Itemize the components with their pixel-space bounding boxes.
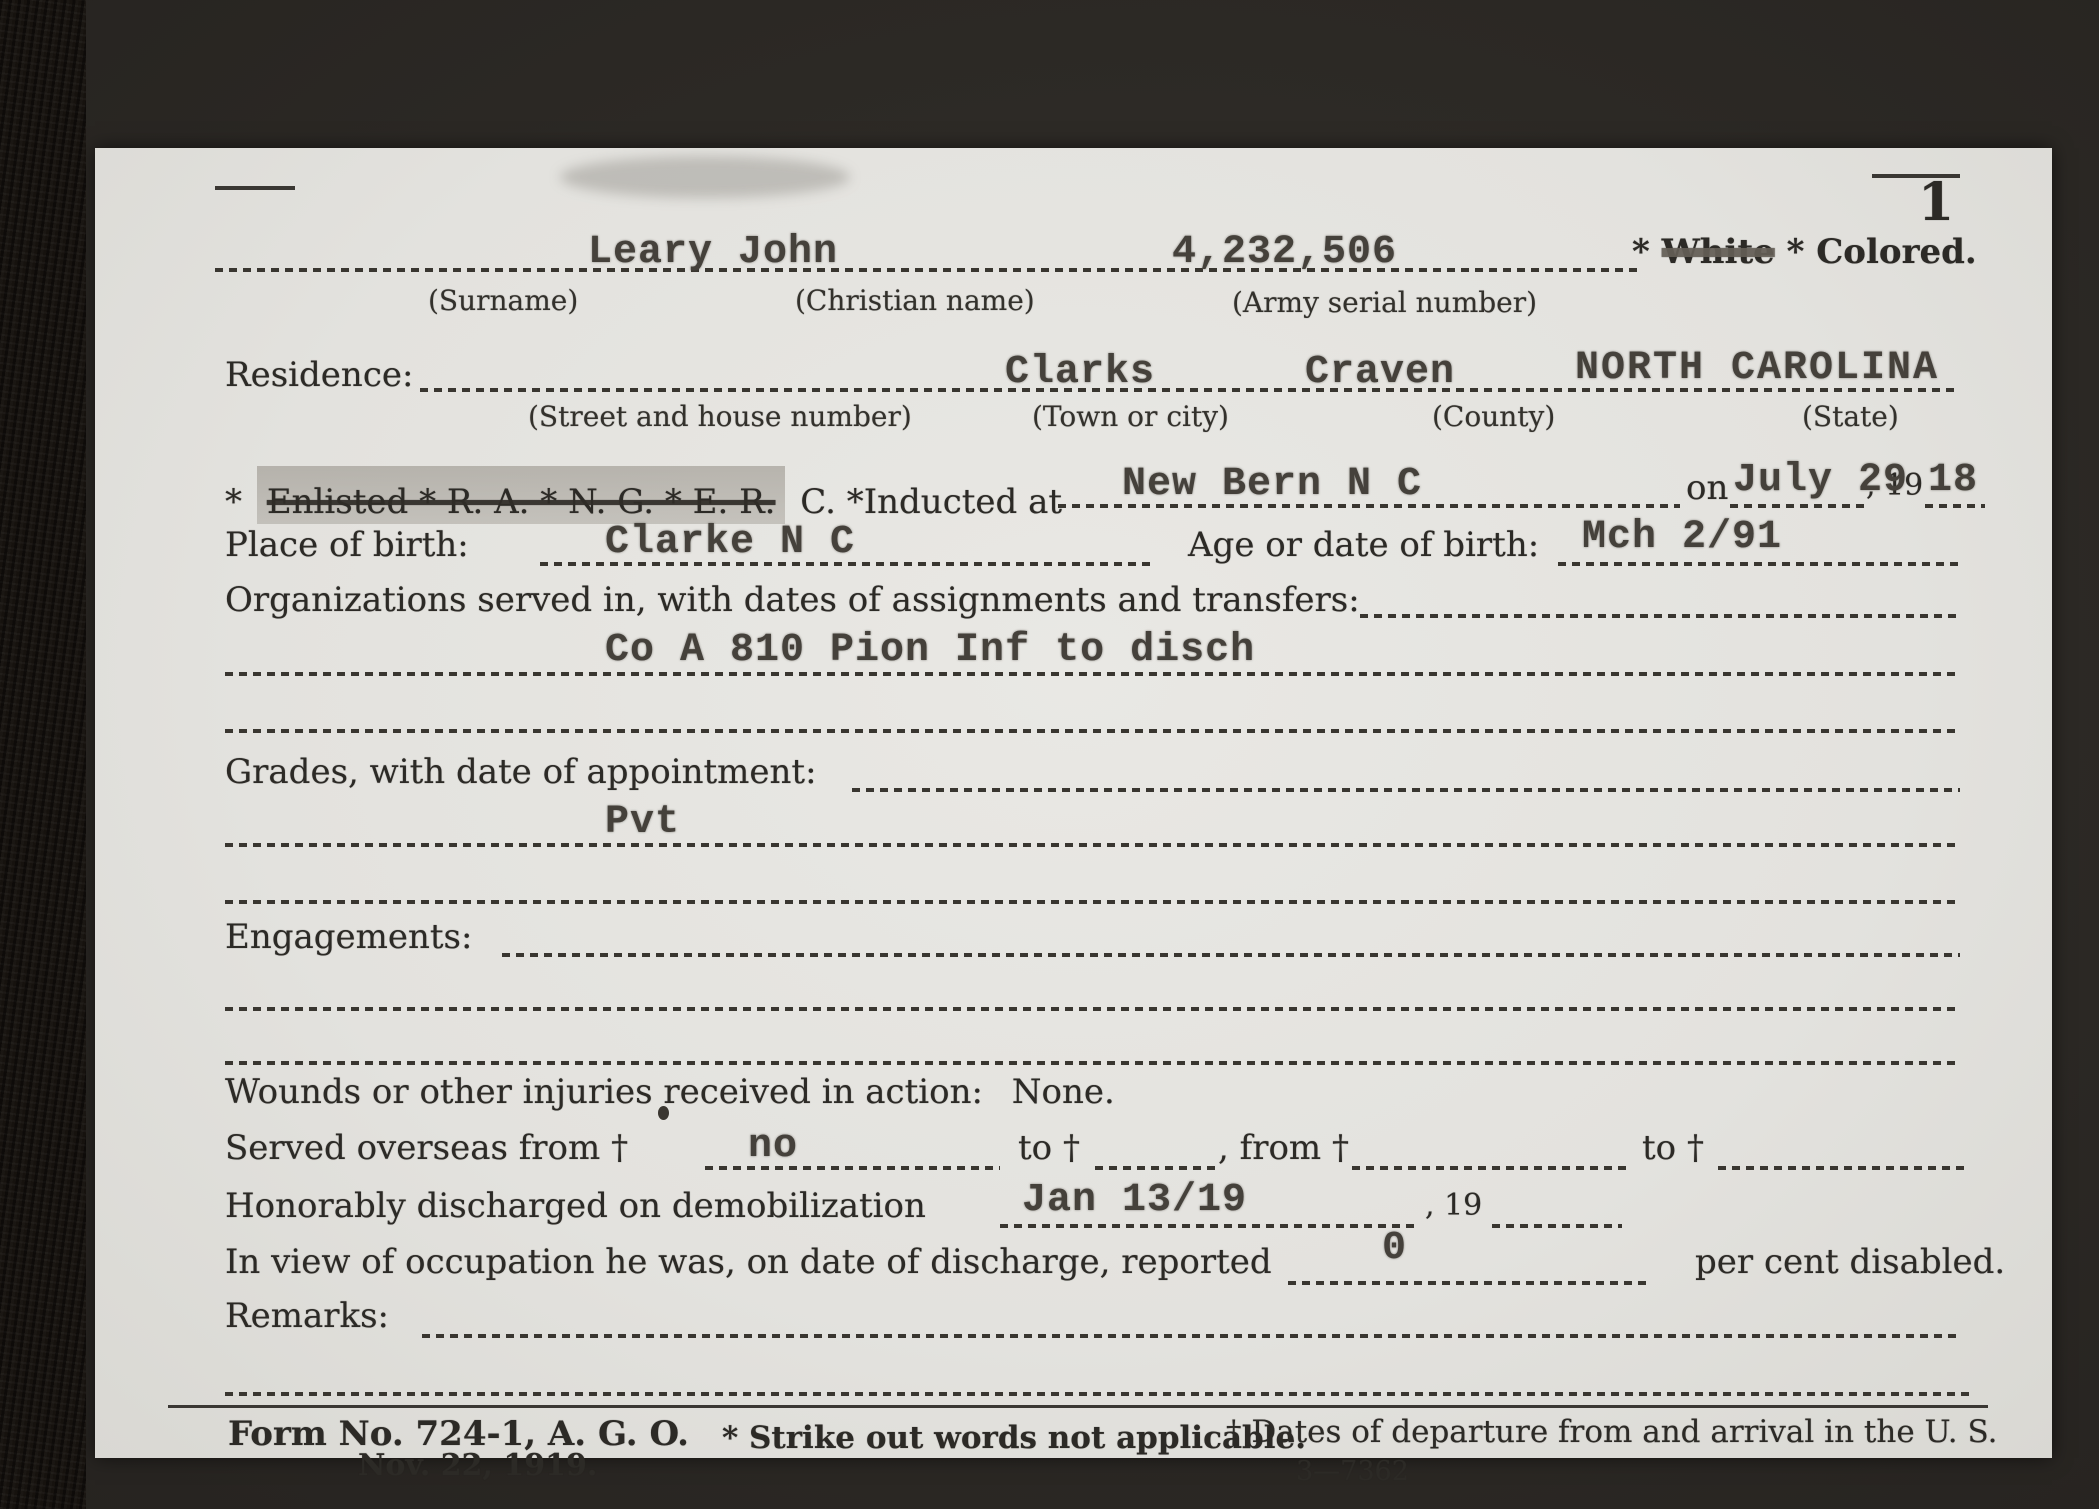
race-asterisk: * (1632, 232, 1650, 272)
race-selection: * White * Colored. (1632, 232, 1977, 272)
caption-christian-name: (Christian name) (795, 284, 1035, 317)
inducted-at-label: C. *Inducted at (800, 482, 1062, 522)
print-code: 3—7362 (1296, 1456, 1409, 1487)
percent-disabled-label: per cent disabled. (1695, 1242, 2005, 1282)
form-date: Nov. 22, 1919. (358, 1448, 597, 1483)
birth-place-value: Clarke N C (605, 520, 855, 565)
dashed-rule (225, 900, 1960, 904)
dashed-rule (215, 268, 1640, 272)
remarks-label: Remarks: (225, 1296, 389, 1336)
induction-asterisk: * (225, 482, 242, 522)
caption-army-serial-number: (Army serial number) (1232, 286, 1537, 319)
surname-value: Leary John (588, 230, 838, 275)
town-value: Clarks (1005, 350, 1155, 395)
serial-number-value: 4,232,506 (1172, 230, 1397, 275)
caption-street: (Street and house number) (528, 400, 912, 433)
smudge-mark (560, 156, 850, 198)
wounds-value: None. (1012, 1072, 1115, 1112)
dashed-rule (225, 1061, 1960, 1065)
dashed-rule (1492, 1224, 1622, 1228)
served-overseas-label: Served overseas from † (225, 1128, 628, 1168)
dashed-rule (1288, 1281, 1650, 1285)
induction-year-value: 18 (1928, 458, 1978, 503)
engagements-label: Engagements: (225, 917, 472, 957)
discharge-label: Honorably discharged on demobilization (225, 1186, 926, 1226)
race-colored-label: * Colored. (1787, 232, 1977, 272)
dashed-rule (225, 729, 1960, 733)
county-value: Craven (1305, 350, 1455, 395)
disability-label: In view of occupation he was, on date of… (225, 1242, 1272, 1282)
induction-place-value: New Bern N C (1122, 462, 1422, 507)
scanned-service-card-page: 1 Leary John 4,232,506 * White * Colored… (0, 0, 2099, 1509)
top-left-mark (215, 186, 295, 190)
dashed-rule (225, 1392, 1973, 1396)
overseas-to2-label: to † (1642, 1128, 1704, 1168)
place-of-birth-label: Place of birth: (225, 525, 469, 565)
dashed-rule (225, 1007, 1960, 1011)
dashed-rule (1558, 562, 1960, 566)
overseas-from-value: no (748, 1124, 798, 1169)
induction-line: * Enlisted * R. A. * N. G. * E. R. C. *I… (225, 466, 1062, 524)
birth-date-value: Mch 2/91 (1582, 515, 1782, 560)
dashed-rule (1360, 614, 1960, 618)
grades-label: Grades, with date of appointment: (225, 752, 817, 792)
residence-label: Residence: (225, 355, 413, 395)
dashed-rule (422, 1334, 1960, 1338)
induction-date-value: July 29 (1733, 458, 1908, 503)
overseas-to1-label: to † (1018, 1128, 1080, 1168)
dashed-rule (1925, 504, 1985, 508)
discharge-date-value: Jan 13/19 (1022, 1178, 1247, 1223)
dashed-rule (1718, 1166, 1968, 1170)
organizations-value: Co A 810 Pion Inf to disch (605, 628, 1255, 673)
dashed-rule (1000, 1224, 1418, 1228)
age-or-date-of-birth-label: Age or date of birth: (1188, 525, 1539, 565)
caption-county: (County) (1432, 400, 1555, 433)
caption-state: (State) (1802, 400, 1899, 433)
state-value: NORTH CAROLINA (1575, 346, 1939, 391)
dashed-rule (502, 953, 1960, 957)
dagger-note: † Dates of departure from and arrival in… (1226, 1414, 1998, 1450)
overseas-from2-label: , from † (1218, 1128, 1349, 1168)
footer-separator-line (168, 1405, 1988, 1408)
page-number: 1 (1918, 172, 1954, 233)
dashed-rule (225, 843, 1960, 847)
on-label: on (1686, 468, 1728, 508)
scan-border-left (0, 0, 86, 1509)
dashed-rule (1352, 1166, 1627, 1170)
race-white-struck: White (1662, 232, 1775, 272)
wounds-line: Wounds or other injuries received in act… (225, 1072, 1115, 1112)
dashed-rule (1730, 504, 1865, 508)
strike-out-note: * Strike out words not applicable. (722, 1420, 1306, 1456)
caption-town: (Town or city) (1032, 400, 1229, 433)
dashed-rule (1095, 1166, 1215, 1170)
wounds-label: Wounds or other injuries received in act… (225, 1072, 983, 1112)
discharge-year-label: , 19 (1425, 1188, 1482, 1223)
dashed-rule (852, 788, 1960, 792)
grade-value: Pvt (605, 800, 680, 845)
enlistment-options-struck: Enlisted * R. A. * N. G. * E. R. (257, 466, 786, 524)
percent-disabled-value: 0 (1382, 1226, 1407, 1271)
caption-surname: (Surname) (428, 284, 578, 317)
organizations-label: Organizations served in, with dates of a… (225, 580, 1360, 620)
